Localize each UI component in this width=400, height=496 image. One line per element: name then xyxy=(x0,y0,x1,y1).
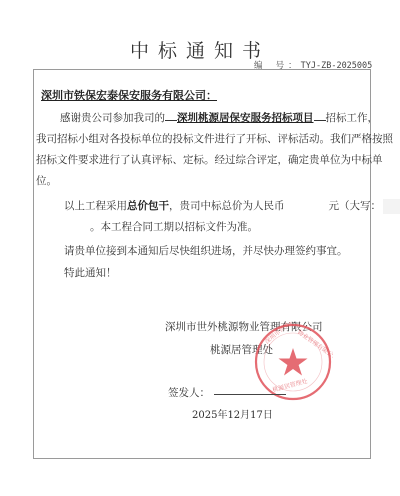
closing-text: 特此通知！ xyxy=(64,265,117,280)
project-name-underline-lead xyxy=(165,110,177,121)
amount-unit: 元（大写： xyxy=(329,200,382,212)
paragraph-1-line-1: 感谢贵公司参加我司的深圳桃源居保安服务招标项目招标工作， xyxy=(60,110,378,125)
paragraph-2-line-2: 。本工程合同工期以招标文件为准。 xyxy=(90,219,258,234)
addressee: 深圳市铁保宏泰保安服务有限公司： xyxy=(41,87,217,103)
company-seal-icon: 深圳市世外桃源 物业管理有限公司 桃源居管理处 xyxy=(253,322,333,402)
amount-in-words-redacted xyxy=(383,199,400,214)
paragraph-3: 请贵单位接到本通知后尽快组织进场，并尽快办理签约事宜。 xyxy=(64,243,348,258)
paragraph-1-line-2: 我司招标小组对各投标单位的投标文件进行了开标、评标活动。我们严格按照 xyxy=(36,131,393,146)
signer-label: 签发人： xyxy=(168,385,210,400)
paragraph-1-line-4: 位。 xyxy=(36,173,57,188)
contract-type: 总价包干 xyxy=(127,200,169,212)
paragraph-2-line-1: 以上工程采用总价包干，贵司中标总价为人民币元（大写： xyxy=(64,198,400,214)
paragraph-2-prefix: 以上工程采用 xyxy=(64,200,127,212)
project-name-underline-trail xyxy=(314,110,326,121)
issue-date: 2025年12月17日 xyxy=(192,406,273,421)
project-name: 深圳桃源居保安服务招标项目 xyxy=(177,112,314,124)
signature-line xyxy=(214,394,286,395)
svg-text:桃源居管理处: 桃源居管理处 xyxy=(271,377,308,394)
paragraph-1-prefix: 感谢贵公司参加我司的 xyxy=(60,112,165,124)
svg-text:物业管理有限公司: 物业管理有限公司 xyxy=(296,328,333,362)
paragraph-1-suffix: 招标工作， xyxy=(326,112,379,124)
paragraph-1-line-3: 招标文件要求进行了认真评标、定标。经过综合评定，确定贵单位为中标单 xyxy=(36,152,383,167)
paragraph-2-middle: ，贵司中标总价为人民币 xyxy=(169,200,285,212)
